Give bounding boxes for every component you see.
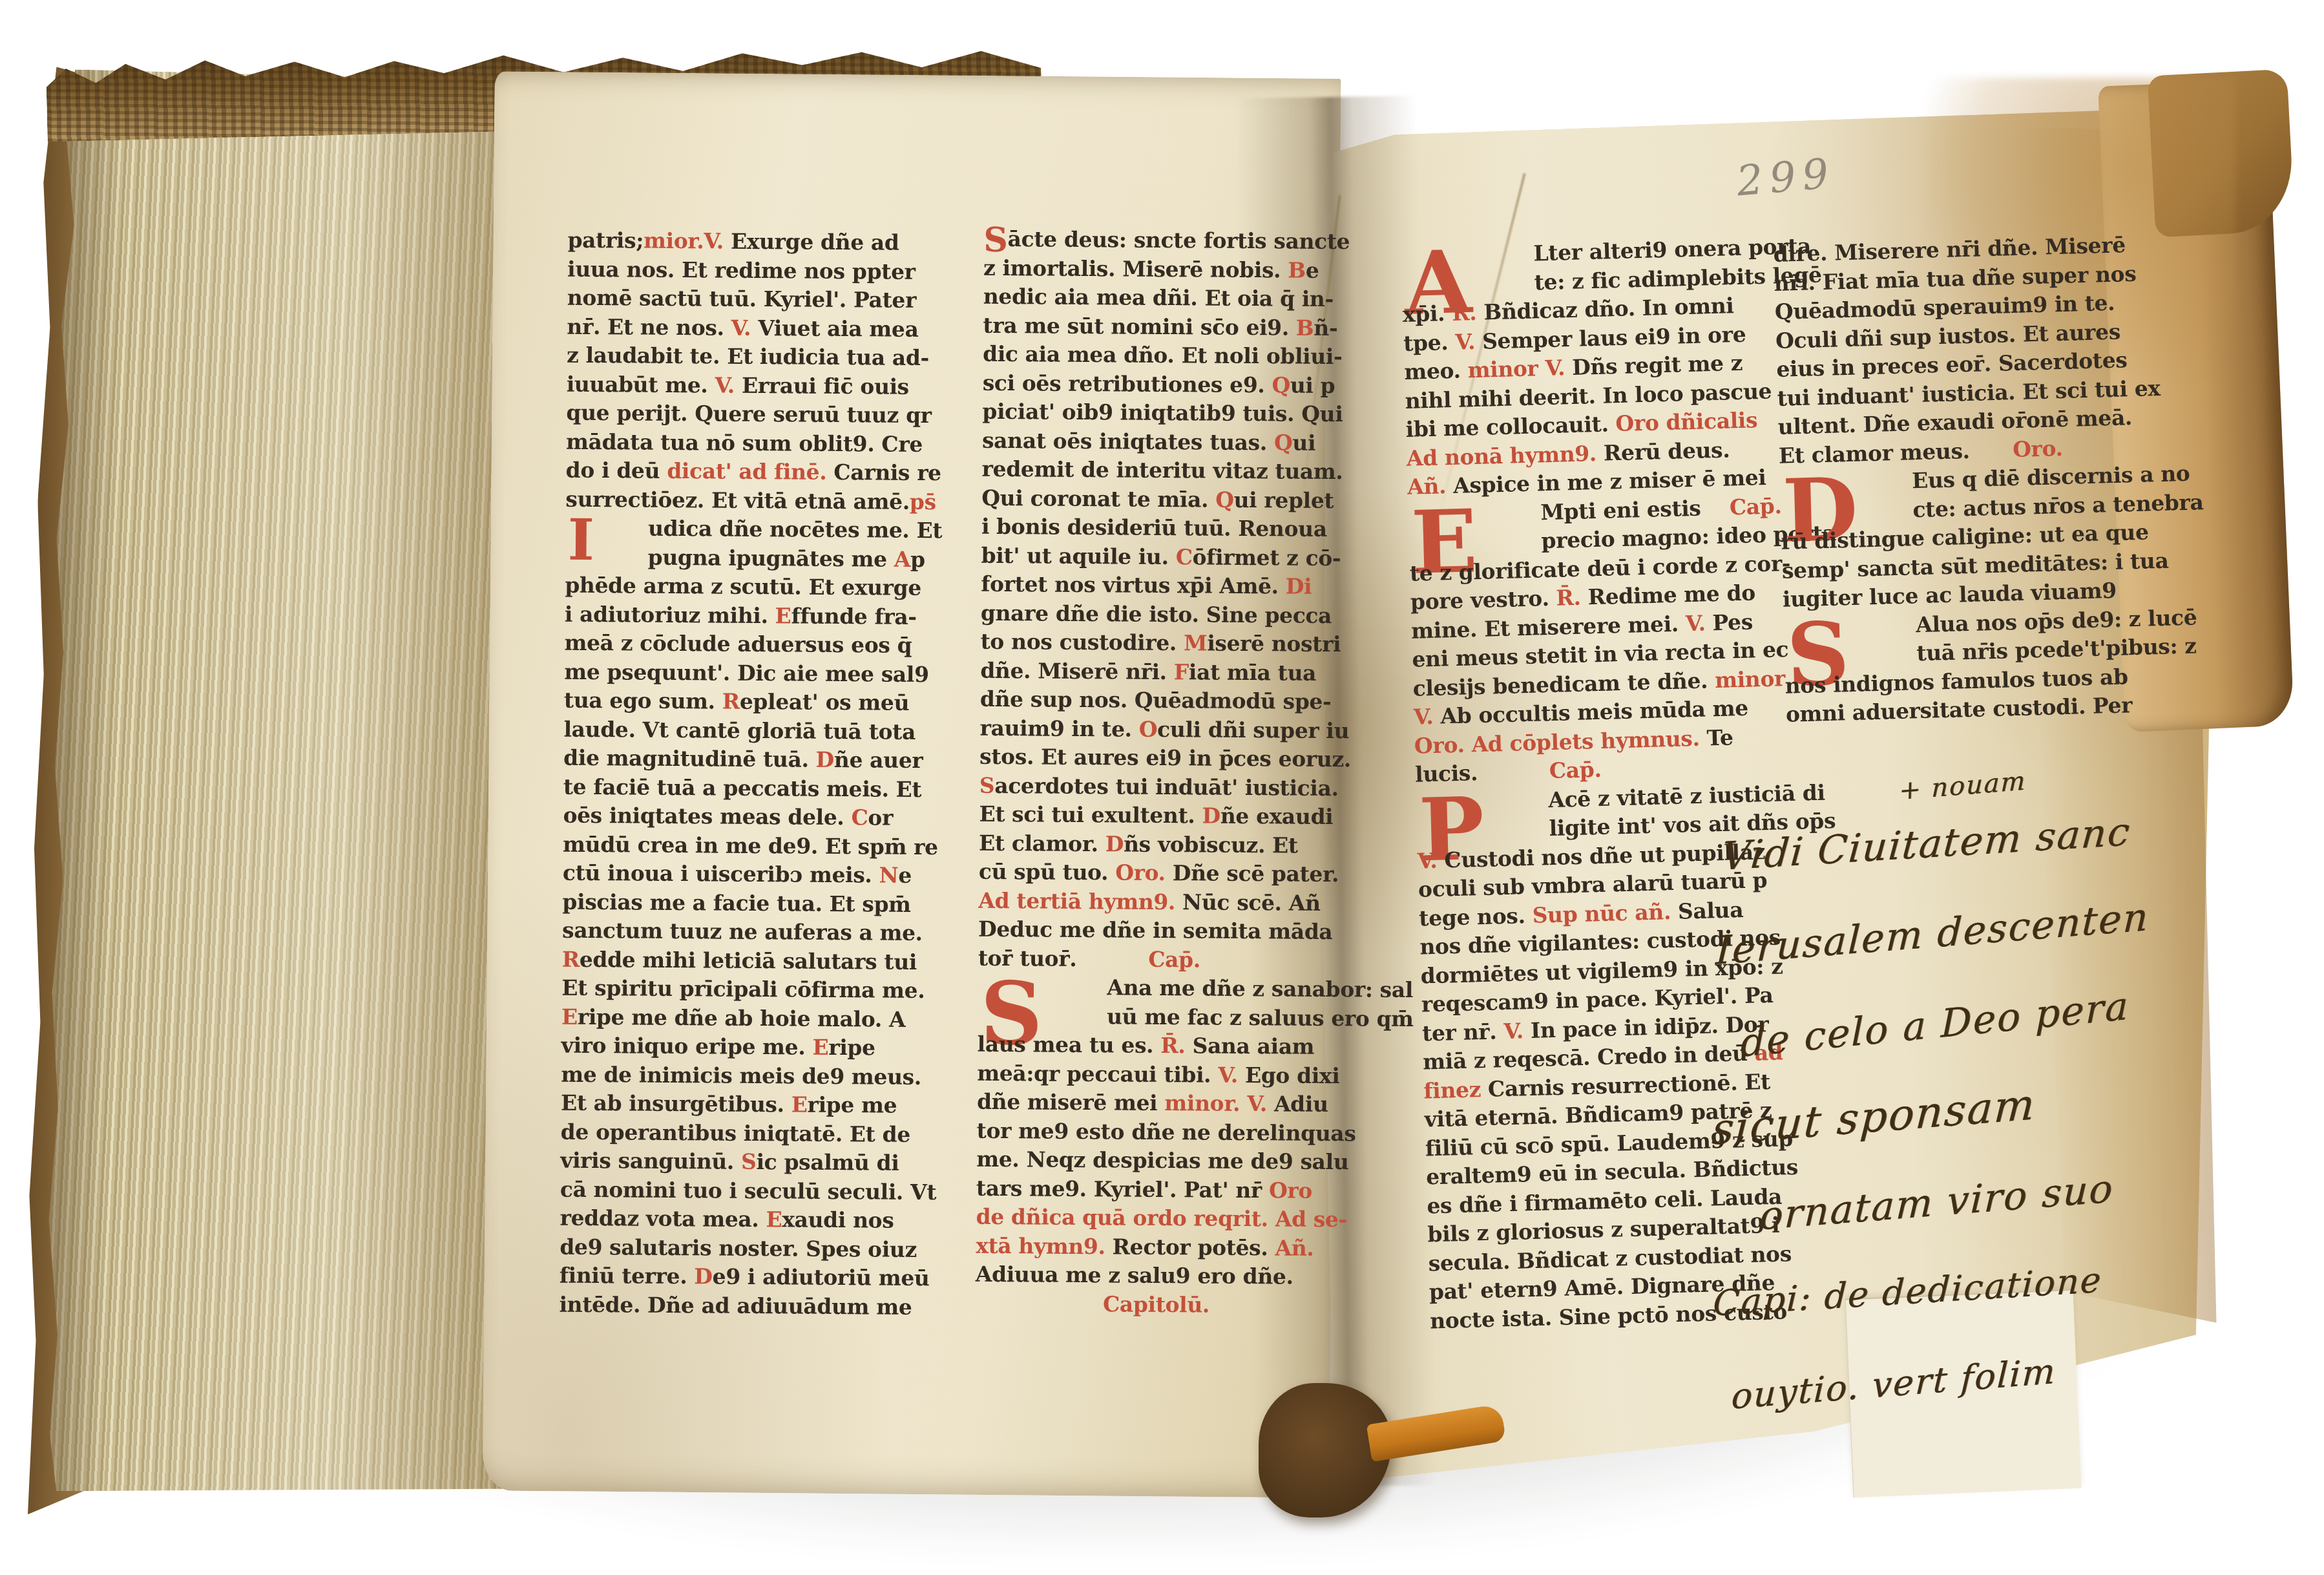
printed-text: iuua nos. Et redime nos ppter (567, 256, 916, 284)
text-line: tua ego sum. Repleat' os meū (564, 686, 947, 718)
rubric-text: M (1184, 630, 1207, 655)
rubric-text: finez (1423, 1076, 1489, 1103)
printed-text: z laudabit te. Et iudicia tua ad- (567, 343, 929, 370)
printed-text: reddaz vota mea. (560, 1205, 766, 1232)
text-line: sci oēs retributiones e9. Qui p (983, 368, 1345, 400)
printed-text: ripe (828, 1035, 875, 1061)
rubric-text: Oro. (2013, 435, 2063, 461)
text-line: sanat oēs iniqtates tuas. Qui (982, 426, 1344, 458)
text-line: i adiutoriuz mihi. Effunde fra- (565, 600, 947, 631)
printed-text: de operantibus iniqtatē. Et de (560, 1119, 910, 1147)
text-line: ctū inoua i uisceribɔ meis. Ne (563, 859, 945, 891)
text-line: meā:qr peccaui tibi. V. Ego dixi (977, 1059, 1339, 1090)
text-line: de9 salutaris noster. Spes oiuz (560, 1232, 942, 1264)
rubric-text: E (812, 1035, 828, 1060)
rubric-text: N (879, 863, 898, 888)
rubric-text: V. (1413, 704, 1434, 730)
printed-text: die magnitudinē tuā. (563, 745, 816, 772)
printed-text: stos. Et aures ei9 in p̄ces eoruz. (979, 744, 1351, 772)
rubric-text: B (1296, 315, 1314, 340)
rubric-text: S (983, 229, 1007, 251)
printed-text: me psequunt'. Dic aie mee sal9 (564, 659, 929, 686)
printed-text: sanctum tuuz ne auferas a me. (562, 918, 923, 946)
printed-text: edde mihi leticiā salutars tui (580, 946, 917, 974)
rubric-text: R̄. (1160, 1033, 1185, 1058)
text-line: cā nomini tuo i seculū seculi. Vt (560, 1175, 943, 1207)
rubric-text: dicat' ad finē. (667, 458, 826, 485)
printed-text: uū me fac z saluus ero qm̄ (1107, 1004, 1414, 1031)
printed-text: cā nomini tuo i seculū seculi. Vt (560, 1176, 937, 1205)
printed-text: i bonis desideriū tuū. Renoua (981, 514, 1327, 542)
rubric-text: S (741, 1149, 757, 1174)
text-line: Sacerdotes tui induāt' iusticia. (979, 771, 1341, 803)
text-line: Redde mihi leticiā salutars tui (562, 945, 945, 977)
text-line: rauim9 in te. Oculi dñi super iu (979, 714, 1341, 745)
printed-text: dic aia mea dño. Et noli obliui- (983, 341, 1343, 369)
printed-text: ui (1292, 430, 1315, 455)
printed-text: que perijt. Quere seruū tuuz qr (566, 400, 932, 428)
text-line: te faciē tuā a peccatis meis. Et (563, 772, 946, 804)
printed-text: ter nr̄. (1422, 1019, 1504, 1046)
text-line: piscias me a facie tua. Et spm̄ (562, 887, 945, 919)
printed-text: nr̄. Et ne nos. (567, 313, 731, 340)
rubric-text: V. (1685, 610, 1706, 636)
printed-text: finiū terre. (560, 1263, 695, 1289)
printed-text: cū spū tuo. (979, 859, 1116, 885)
rubric-text: minor (1715, 666, 1786, 693)
printed-text: epleat' os meū (740, 689, 910, 715)
printed-text: ibi me collocauit. (1405, 411, 1616, 442)
rubric-text: Capitolū. (1103, 1291, 1209, 1317)
rubric-text: V. (1218, 1062, 1238, 1087)
text-line: Et ab insurgētibus. Eripe me (561, 1089, 943, 1121)
text-line: Capitolū. (975, 1289, 1337, 1320)
text-line: iuuabūt me. V. Erraui fic̄ ouis (567, 370, 949, 401)
text-line: Iudica dñe nocētes me. Et (565, 514, 948, 545)
rubric-text: Q (1272, 372, 1290, 397)
text-line: surrectiōez. Et vitā etnā amē.ps̄ (565, 485, 948, 516)
text-line: stos. Et aures ei9 in p̄ces eoruz. (979, 743, 1341, 774)
text-line: finiū terre. De9 i adiutoriū meū (560, 1262, 942, 1293)
printed-text: Lter alteri9 onera porta (1533, 233, 1812, 266)
rubric-text: V. (1417, 847, 1438, 873)
text-line: que perijt. Quere seruū tuuz qr (566, 399, 948, 430)
text-line: nr̄. Et ne nos. V. Viuet aia mea (567, 312, 949, 344)
text-line: xtā hymn9. Rector potēs. Añ. (976, 1231, 1337, 1263)
rubric-text: R̄. (1452, 300, 1477, 326)
text-line: Et clamor. Dñs vobiscuz. Et (979, 829, 1341, 860)
text-line: tra me sūt nomini sc̄o ei9. Bñ- (983, 311, 1345, 343)
text-line: z imortalis. Miserē nobis. Be (983, 253, 1345, 285)
text-line: viro iniquo eripe me. Eripe (561, 1031, 944, 1063)
printed-text: patris; (567, 227, 644, 253)
printed-text: tege nos. (1419, 902, 1533, 931)
text-line: dñe miserē mei minor. V. Adiu (977, 1088, 1339, 1119)
printed-text: Dñs regit me z (1565, 350, 1743, 380)
printed-text: viro iniquo eripe me. (561, 1033, 813, 1060)
text-line: de dñica quā ordo reqrit. Ad se- (976, 1203, 1337, 1234)
printed-text: Ana me dñe z sanabor: sal (1107, 975, 1413, 1002)
printed-text: tua ego sum. (564, 688, 722, 714)
printed-text: culi dñi super iu (1157, 716, 1349, 743)
text-line: laude. Vt cantē gloriā tuā tota (563, 715, 946, 746)
printed-text: Et spiritu prīcipali cōfirma me. (561, 975, 925, 1003)
text-line: iuua nos. Et redime nos ppter (567, 255, 950, 286)
text-line: mūdū crea in me de9. Et spm̄ re (563, 830, 945, 861)
text-line: Adiuua me z salu9 ero dñe. (976, 1260, 1337, 1292)
rubric-text: R (722, 689, 740, 714)
printed-text: tuā nr̄is pcede't'pibus: z (1916, 633, 2197, 666)
text-line: i bonis desideriū tuū. Renoua (981, 513, 1343, 544)
printed-text: piciat' oib9 iniqtatib9 tuis. Qui (982, 399, 1343, 427)
rubric-text: R (562, 946, 580, 971)
printed-text: laude. Vt cantē gloriā tuā tota (563, 716, 916, 744)
printed-text: phēde arma z scutū. Et exurge (565, 573, 921, 600)
rubric-text: O (1139, 716, 1158, 741)
printed-text: laus mea tu es. (978, 1031, 1161, 1058)
printed-text: meā:qr peccaui tibi. (977, 1060, 1218, 1087)
printed-text: xaudi nos (782, 1207, 894, 1232)
rubric-text: D (816, 747, 835, 772)
printed-text: dñe. Miserē nr̄i. (980, 657, 1174, 684)
text-line: SAna me dñe z sanabor: sal (978, 973, 1339, 1004)
rubric-text: minor V. (1467, 355, 1565, 383)
printed-text: Et sci tui exultent. (979, 801, 1202, 829)
rubric-text: ps̄ (910, 489, 936, 514)
rubric-text: minor. V. (1164, 1090, 1267, 1116)
text-line: sanctum tuuz ne auferas a me. (562, 916, 945, 948)
printed-text: tars me9. Kyriel'. Pat' nr̄ (976, 1175, 1269, 1203)
printed-text: iuuabūt me. (567, 371, 715, 397)
rubric-text: Di (1286, 574, 1312, 599)
text-line: Et spiritu prīcipali cōfirma me. (561, 974, 944, 1006)
book-photo: patris;mior.V. Exurge dñe adiuua nos. Et… (0, 0, 2324, 1575)
text-line: dñe sup nos. Quēadmodū spe- (980, 685, 1342, 717)
text-column-left-2: Sācte deus: sncte fortis sanctez imortal… (975, 225, 1345, 1320)
printed-text: bit' ut aquile iu. (981, 542, 1175, 569)
text-line: me. Neqz despicias me de9 salu (976, 1145, 1338, 1177)
printed-text: ñe auer (834, 747, 923, 773)
rubric-text: D (1105, 831, 1124, 856)
printed-text: redemit de interitu vitaz tuam. (982, 456, 1343, 484)
printed-text: sci oēs retributiones e9. (983, 370, 1272, 397)
rubric-text: C (1176, 544, 1193, 569)
printed-text: Te (1699, 724, 1733, 750)
rubric-text: Cap̄. (1729, 493, 1782, 520)
text-line: dic aia mea dño. Et noli obliui- (983, 340, 1345, 372)
printed-text: meā z cōclude aduersus eos q̄ (564, 630, 912, 658)
printed-text: ui p (1290, 372, 1335, 398)
printed-text: e (898, 863, 912, 888)
printed-text: rauim9 in te. (979, 715, 1139, 741)
text-line: to nos custodire. Miserē nostri (980, 628, 1342, 659)
printed-text: e9 i adiutoriū meū (712, 1264, 929, 1291)
printed-text: Bñdicaz dño. In omni (1476, 293, 1734, 325)
printed-text: Qui coronat te mīa. (981, 485, 1215, 512)
printed-text: dñe miserē mei (977, 1089, 1165, 1115)
text-column-right-2: dire. Miserere nr̄i dñe. Miserēnr̄i. Fia… (1773, 231, 2154, 730)
text-line: tars me9. Kyriel'. Pat' nr̄ Oro (976, 1174, 1338, 1205)
printed-text: Erraui fic̄ ouis (735, 372, 909, 399)
printed-text: tpe. (1403, 329, 1456, 355)
printed-text: ripe me (807, 1092, 897, 1118)
rubric-text: Cap̄. (1478, 757, 1602, 785)
printed-text: Pes (1705, 609, 1753, 635)
text-line: de operantibus iniqtatē. Et de (560, 1117, 943, 1149)
printed-text: udica dñe nocētes me. Et (648, 516, 943, 544)
printed-text: i adiutoriuz mihi. (565, 601, 775, 628)
rubric-text: mior.V. (644, 228, 724, 254)
rubric-text: V. (1503, 1018, 1524, 1044)
printed-text: mūdū crea in me de9. Et spm̄ re (563, 831, 938, 860)
text-line: dñe. Miserē nr̄i. Fiat mīa tua (980, 656, 1342, 688)
text-line: piciat' oib9 iniqtatib9 tuis. Qui (982, 397, 1344, 429)
printed-text: Deduc me dñe in semita māda (978, 916, 1333, 944)
printed-text: iserē nostri (1207, 631, 1341, 657)
text-line: meā z cōclude aduersus eos q̄ (564, 629, 947, 661)
printed-text: Exurge dñe ad (724, 229, 899, 255)
printed-text: mine. Et miserere mei. (1411, 611, 1686, 643)
text-line: me psequunt'. Dic aie mee sal9 (564, 657, 947, 689)
text-line: mādata tua nō sum oblit9. Cre (566, 427, 948, 459)
printed-text: ācte deus: sncte fortis sancte (1007, 226, 1350, 254)
rubric-text: Q (1215, 487, 1234, 512)
printed-text: Sana aiam (1185, 1033, 1314, 1059)
printed-text: me. Neqz despicias me de9 salu (976, 1147, 1348, 1175)
printed-text: or (868, 805, 893, 830)
rubric-text: Añ. (1275, 1235, 1314, 1260)
printed-text: nomē sactū tuū. Kyriel'. Pater (567, 285, 917, 313)
text-line: Et sci tui exultent. Dñe exaudi (979, 800, 1341, 832)
text-line: phēde arma z scutū. Et exurge (565, 571, 947, 603)
printed-text: ñs vobiscuz. Et (1124, 831, 1298, 858)
text-line: z laudabit te. Et iudicia tua ad- (567, 341, 949, 373)
printed-text: pore vestro. (1410, 586, 1556, 615)
rubric-text: de dñica quā ordo reqrit. Ad se- (976, 1204, 1347, 1232)
rubric-text: V. (715, 372, 735, 397)
printed-text: oēs iniqtates meas dele. (563, 803, 851, 830)
text-column-left-1: patris;mior.V. Exurge dñe adiuua nos. Et… (559, 226, 950, 1322)
printed-text: sanat oēs iniqtates tuas. (982, 427, 1274, 455)
rubric-text: V. (731, 315, 751, 340)
printed-text: Alua nos op̄s de9: z lucē (1916, 604, 2197, 637)
text-line: fortet nos virtus xp̄i Amē. Di (981, 570, 1343, 602)
rubric-text: D (1202, 803, 1220, 829)
rubric-text: xtā hymn9. (976, 1232, 1105, 1259)
printed-text: nedic aia mea dñi. Et oia q̄ in- (983, 284, 1334, 312)
page-number-pencil: 299 (1735, 150, 1837, 206)
printed-text: ōfirmet z cō- (1192, 544, 1341, 571)
printed-text: de9 salutaris noster. Spes oiuz (560, 1234, 917, 1262)
text-line: patris;mior.V. Exurge dñe ad (567, 226, 950, 258)
text-line: Eripe me dñe ab hoie malo. A (561, 1002, 944, 1034)
printed-text: Ego dixi (1238, 1062, 1340, 1088)
fore-edge-pages (41, 69, 526, 1497)
text-line: intēde. Dñe ad adiuuādum me (559, 1290, 941, 1322)
printed-text: z imortalis. Miserē nobis. (983, 255, 1288, 282)
text-line: reddaz vota mea. Exaudi nos (560, 1204, 942, 1236)
printed-text: intēde. Dñe ad adiuuādum me (559, 1291, 912, 1319)
printed-text: tor me9 esto dñe ne derelinquas (976, 1117, 1356, 1146)
text-line: do i deū dicat' ad finē. Carnis re (566, 456, 948, 488)
printed-text: e (1306, 257, 1319, 282)
text-line: die magnitudinē tuā. Dñe auer (563, 744, 946, 776)
printed-text: mādata tua nō sum oblit9. Cre (566, 428, 923, 456)
printed-text: pugna ipugnātes me (647, 544, 894, 571)
printed-text: ñ- (1314, 315, 1337, 340)
text-line: tor me9 esto dñe ne derelinquas (976, 1116, 1338, 1148)
text-line: nedic aia mea dñi. Et oia q̄ in- (983, 282, 1345, 314)
rubric-text: B (1288, 257, 1306, 282)
rubric-text: Cap̄. (1076, 946, 1200, 972)
printed-text: p (910, 546, 925, 571)
printed-text: Rector potēs. (1105, 1234, 1275, 1260)
text-line: gnare dñe die isto. Sine pecca (981, 598, 1343, 630)
rubric-text: C (851, 805, 868, 830)
text-line: Ad tertiā hymn9. Nūc scē. Añ (978, 886, 1340, 918)
rubric-text: V. (1455, 328, 1476, 354)
printed-text: dñe sup nos. Quēadmodū spe- (980, 686, 1332, 714)
rubric-text: S (979, 772, 995, 798)
rubric-text: E (791, 1092, 808, 1117)
rubric-text: A (894, 546, 911, 571)
text-line: bit' ut aquile iu. Cōfirmet z cō- (981, 541, 1343, 573)
printed-text: Adiuua me z salu9 ero dñe. (976, 1262, 1293, 1289)
printed-text: do i deū (566, 458, 667, 483)
printed-text: Viuet aia mea (751, 315, 919, 341)
printed-text: me de inimicis meis de9 meus. (561, 1061, 921, 1089)
text-line: oēs iniqtates meas dele. Cor (563, 801, 945, 833)
printed-text: ui replet (1233, 487, 1334, 513)
rubric-text: Oro (1269, 1178, 1312, 1203)
printed-text: viris sanguinū. (560, 1148, 741, 1174)
text-line: uū me fac z saluus ero qm̄ (978, 1001, 1339, 1033)
rubric-text: Oro dñicalis (1615, 407, 1758, 436)
printed-text: piscias me a facie tua. Et spm̄ (562, 889, 911, 916)
text-line: Qui coronat te mīa. Qui replet (981, 483, 1343, 515)
rubric-text: E (775, 603, 791, 628)
rubric-text: R̄. (1556, 585, 1581, 611)
rubric-text: Ad nonā hymn9. (1406, 440, 1596, 470)
printed-text: fortet nos virtus xp̄i Amē. (981, 571, 1286, 599)
printed-text: Carnis re (826, 460, 941, 485)
text-line: viris sanguinū. Sic psalmū di (560, 1147, 943, 1178)
printed-text: Mpti eni estis (1540, 494, 1730, 525)
printed-text: iat mīa tua (1189, 659, 1317, 686)
printed-text: surrectiōez. Et vitā etnā amē. (565, 486, 910, 514)
rubric-text: Sup nūc añ. (1532, 899, 1671, 928)
printed-text: to nos custodire. (980, 629, 1184, 655)
rubric-text: Oro. (1115, 860, 1166, 885)
manuscript-annotation: + nouamVidi Ciuitatem sancIerusalem desc… (1684, 732, 2269, 1439)
rubric-text: D (694, 1263, 713, 1289)
printed-text: ñe exaudi (1220, 803, 1334, 829)
rubric-text: E (766, 1207, 782, 1232)
printed-text: Eus q diē discernis a no (1912, 461, 2190, 494)
printed-text: Nūc scē. Añ (1175, 889, 1321, 916)
text-line: Deduc me dñe in semita māda (978, 915, 1340, 947)
rubric-text: E (561, 1004, 578, 1029)
printed-text: ripe me dñe ab hoie malo. A (578, 1004, 906, 1031)
rubric-text: F (1174, 659, 1189, 684)
printed-text: Et ab insurgētibus. (561, 1090, 791, 1117)
printed-text: ctū inoua i uisceribɔ meis. (563, 860, 879, 888)
text-line: pugna ipugnātes me Ap (565, 542, 947, 574)
printed-text: Dñe scē pater. (1166, 860, 1339, 887)
printed-text: Et clamor. (979, 830, 1105, 856)
printed-text: gnare dñe die isto. Sine pecca (981, 600, 1332, 628)
printed-text: Rerū deus. (1596, 437, 1730, 466)
printed-text: acerdotes tui induāt' iusticia. (994, 772, 1339, 800)
text-line: redemit de interitu vitaz tuam. (982, 455, 1344, 487)
printed-text: meo. (1404, 357, 1468, 385)
printed-text: ic psalmū di (756, 1149, 899, 1176)
printed-text: Adiu (1267, 1091, 1328, 1117)
printed-text: ffunde fra- (791, 603, 917, 629)
printed-text: Redime me do (1580, 580, 1755, 609)
text-line: cū spū tuo. Oro. Dñe scē pater. (979, 858, 1341, 889)
text-line: me de inimicis meis de9 meus. (561, 1060, 943, 1092)
rubric-text: Q (1274, 430, 1293, 455)
printed-text: te faciē tuā a peccatis meis. Et (563, 774, 922, 801)
printed-text: xp̄i. (1402, 301, 1452, 327)
printed-text: Semper laus ei9 in ore (1474, 321, 1746, 354)
printed-text: tra me sūt nomini sc̄o ei9. (983, 312, 1296, 340)
rubric-text: Ad tertiā hymn9. (978, 887, 1175, 914)
text-line: laus mea tu es. R̄. Sana aiam (978, 1030, 1339, 1062)
text-line: Sācte deus: sncte fortis sancte (983, 225, 1345, 257)
text-line: nomē sactū tuū. Kyriel'. Pater (567, 284, 950, 315)
printed-text: cte: actus nr̄os a tenebra (1912, 489, 2204, 522)
